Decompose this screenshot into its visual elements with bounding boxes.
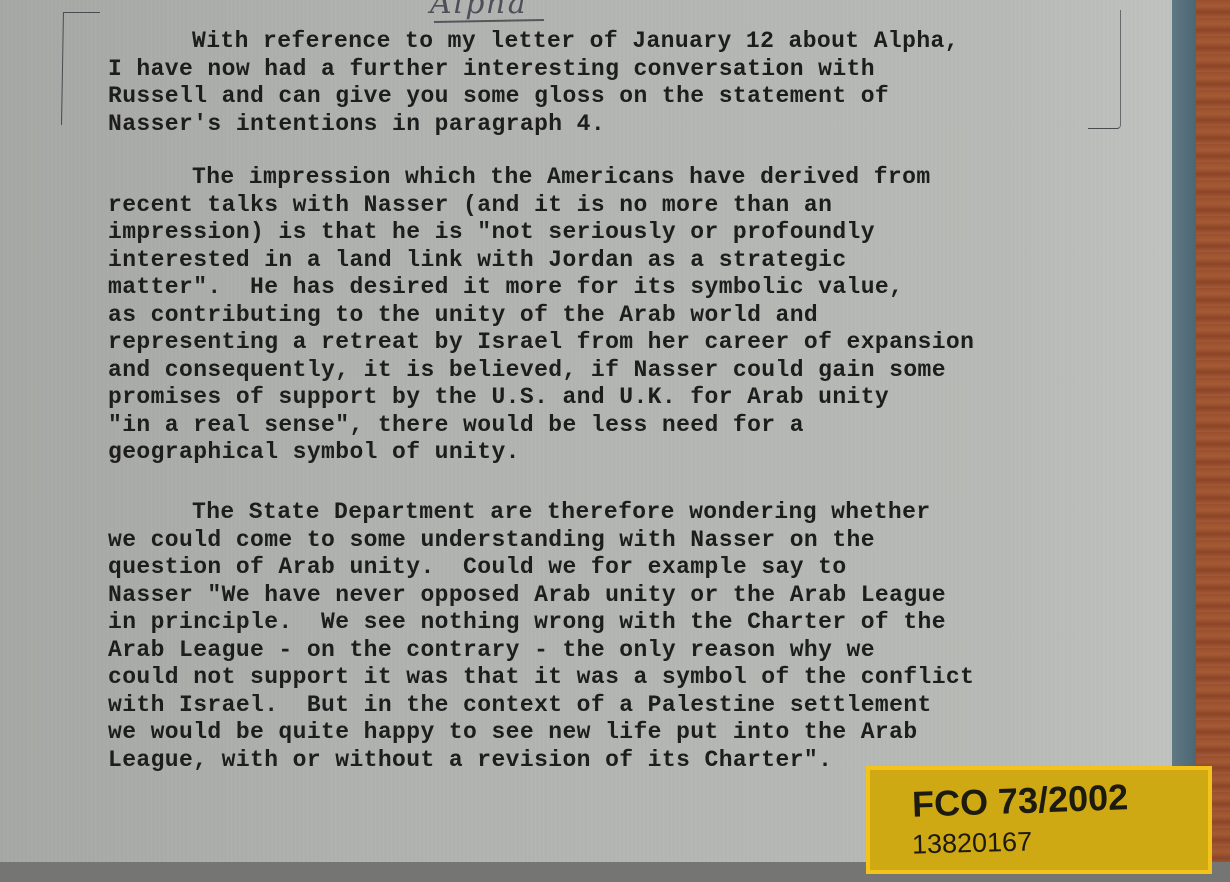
- text-line: I have now had a further interesting con…: [108, 56, 959, 84]
- text-line: we would be quite happy to see new life …: [108, 719, 974, 747]
- text-line: recent talks with Nasser (and it is no m…: [108, 192, 974, 220]
- text-line: "in a real sense", there would be less n…: [108, 412, 974, 440]
- text-line: The impression which the Americans have …: [108, 164, 974, 192]
- text-line: representing a retreat by Israel from he…: [108, 329, 974, 357]
- text-line: Nasser's intentions in paragraph 4.: [108, 111, 959, 139]
- pencil-bracket-right: [1088, 10, 1121, 129]
- paragraph-1: With reference to my letter of January 1…: [108, 28, 959, 138]
- desk-surface: [1196, 0, 1230, 862]
- text-line: interested in a land link with Jordan as…: [108, 247, 974, 275]
- typed-letter-page: Alpha With reference to my letter of Jan…: [0, 0, 1180, 862]
- text-line: we could come to some understanding with…: [108, 527, 974, 555]
- archive-reference: FCO 73/2002: [911, 776, 1128, 826]
- text-line: and consequently, it is believed, if Nas…: [108, 357, 974, 385]
- text-line: The State Department are therefore wonde…: [108, 499, 974, 527]
- handwritten-annotation: Alpha: [430, 0, 528, 21]
- text-line: impression) is that he is "not seriously…: [108, 219, 974, 247]
- text-line: Russell and can give you some gloss on t…: [108, 83, 959, 111]
- text-line: could not support it was that it was a s…: [108, 664, 974, 692]
- paragraph-2: The impression which the Americans have …: [108, 164, 974, 467]
- text-line: in principle. We see nothing wrong with …: [108, 609, 974, 637]
- text-line: Nasser "We have never opposed Arab unity…: [108, 582, 974, 610]
- folder-edge-blue: [1172, 0, 1196, 862]
- text-line: question of Arab unity. Could we for exa…: [108, 554, 974, 582]
- paragraph-3: The State Department are therefore wonde…: [108, 499, 974, 774]
- text-line: with Israel. But in the context of a Pal…: [108, 692, 974, 720]
- text-line: With reference to my letter of January 1…: [108, 28, 959, 56]
- text-line: as contributing to the unity of the Arab…: [108, 302, 974, 330]
- text-line: League, with or without a revision of it…: [108, 747, 974, 775]
- archive-reference-label: FCO 73/2002 13820167: [866, 766, 1212, 874]
- text-line: matter". He has desired it more for its …: [108, 274, 974, 302]
- pencil-bracket-left: [61, 12, 100, 125]
- text-line: Arab League - on the contrary - the only…: [108, 637, 974, 665]
- text-line: promises of support by the U.S. and U.K.…: [108, 384, 974, 412]
- archive-number: 13820167: [912, 826, 1033, 860]
- text-line: geographical symbol of unity.: [108, 439, 974, 467]
